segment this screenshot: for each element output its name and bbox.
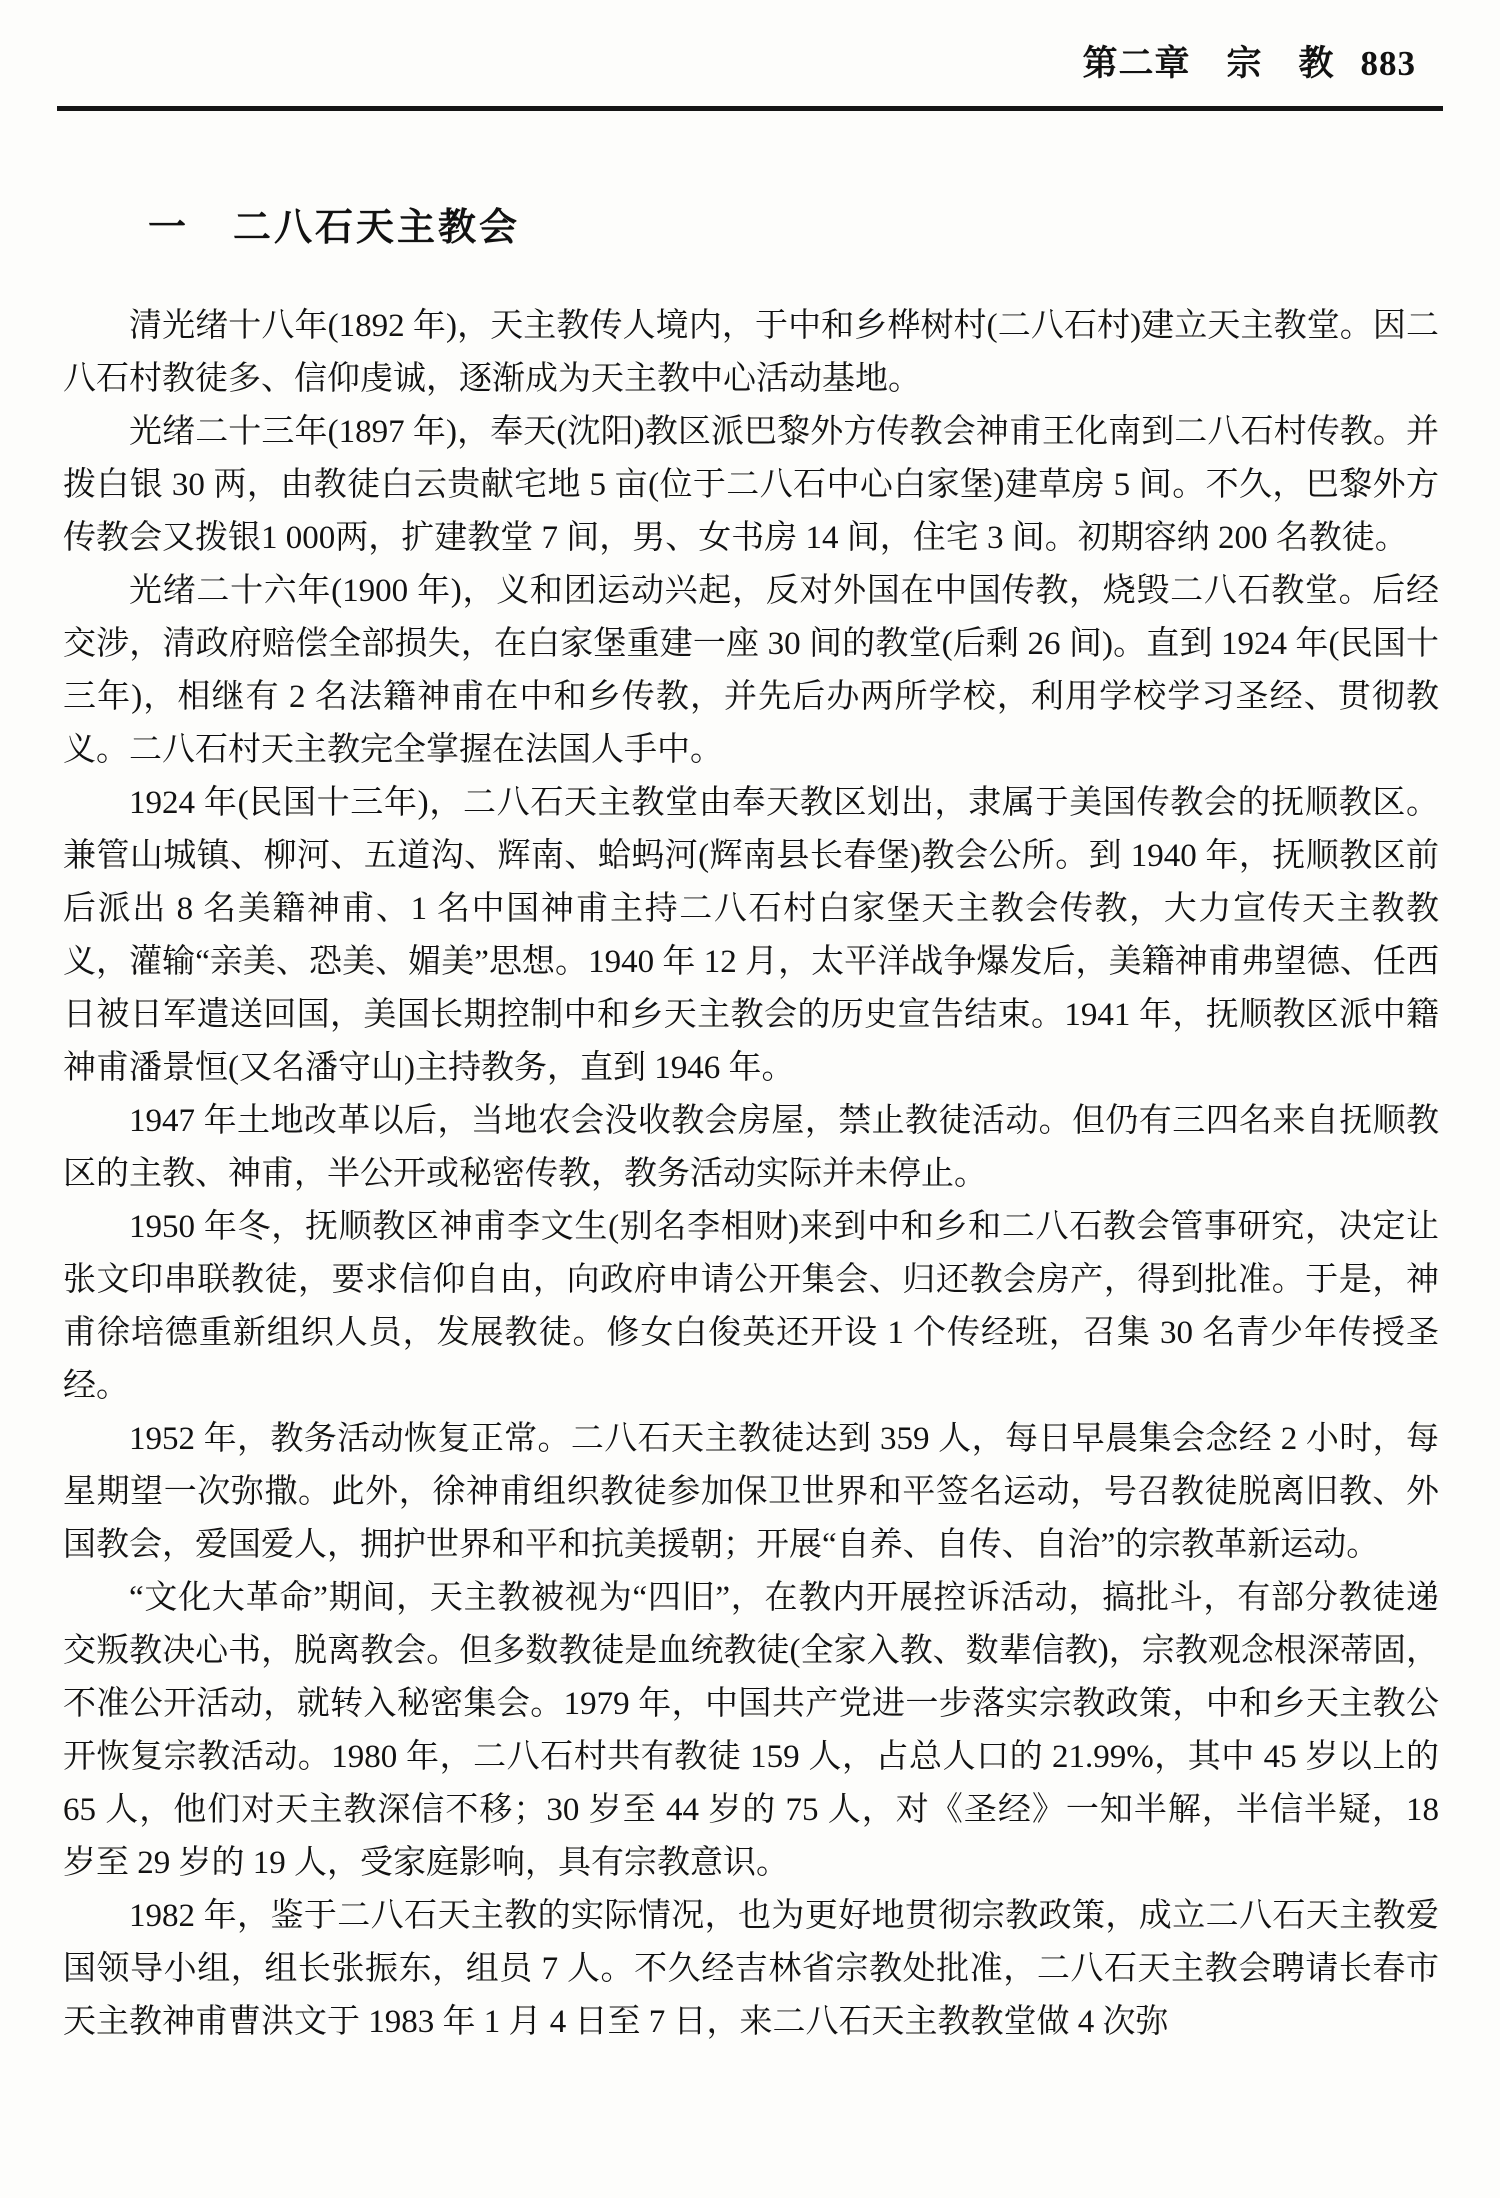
- paragraph-7: 1952 年，教务活动恢复正常。二八石天主教徒达到 359 人，每日早晨集会念经…: [63, 1413, 1439, 1572]
- page-number: 883: [1361, 44, 1417, 83]
- paragraph-1: 清光绪十八年(1892 年)，天主教传人境内，于中和乡桦树村(二八石村)建立天主…: [63, 300, 1439, 406]
- paragraph-6: 1950 年冬，抚顺教区神甫李文生(别名李相财)来到中和乡和二八石教会管事研究，…: [63, 1201, 1439, 1413]
- paragraph-8: “文化大革命”期间，天主教被视为“四旧”，在教内开展控诉活动，搞批斗，有部分教徒…: [63, 1572, 1439, 1890]
- chapter-title: 第二章 宗 教: [1082, 44, 1334, 83]
- section-heading: 一二八石天主教会: [148, 196, 520, 251]
- body-text: 清光绪十八年(1892 年)，天主教传人境内，于中和乡桦树村(二八石村)建立天主…: [63, 300, 1439, 2049]
- header-rule-divider: [57, 106, 1443, 111]
- running-header: 第二章 宗 教883: [1082, 36, 1416, 86]
- paragraph-3: 光绪二十六年(1900 年)，义和团运动兴起，反对外国在中国传教，烧毁二八石教堂…: [63, 565, 1439, 777]
- paragraph-4: 1924 年(民国十三年)，二八石天主教堂由奉天教区划出，隶属于美国传教会的抚顺…: [63, 777, 1439, 1095]
- book-page: 第二章 宗 教883 一二八石天主教会 清光绪十八年(1892 年)，天主教传人…: [0, 0, 1500, 2198]
- section-number: 一: [148, 207, 189, 249]
- paragraph-2: 光绪二十三年(1897 年)，奉天(沈阳)教区派巴黎外方传教会神甫王化南到二八石…: [63, 406, 1439, 565]
- section-title: 二八石天主教会: [233, 207, 520, 249]
- paragraph-9: 1982 年，鉴于二八石天主教的实际情况，也为更好地贯彻宗教政策，成立二八石天主…: [63, 1890, 1439, 2049]
- paragraph-5: 1947 年土地改革以后，当地农会没收教会房屋，禁止教徒活动。但仍有三四名来自抚…: [63, 1095, 1439, 1201]
